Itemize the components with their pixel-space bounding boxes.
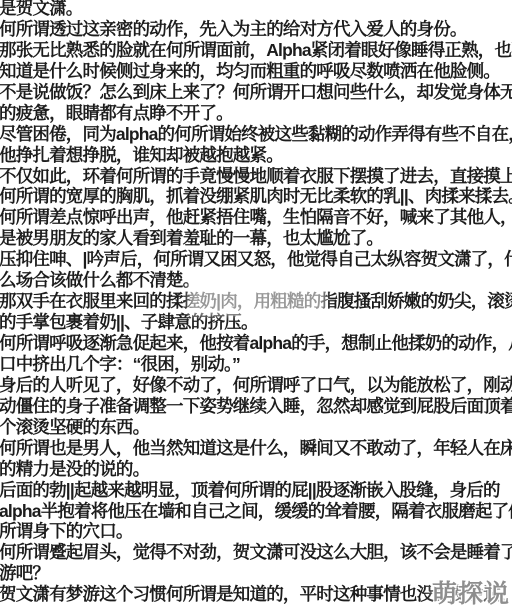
text-line: 何所谓呼吸逐渐急促起来，他按着alpha的手，想制止他揉奶的动作，从 [0, 333, 512, 354]
text-line: 的手掌包裹着奶||、子肆意的挤压。 [0, 312, 512, 333]
text-line: 不是说做饭？怎么到床上来了？何所谓开口想问些什么，却发觉身体无比 [0, 82, 512, 103]
text-line: alpha半抱着将他压在墙和自己之间，缓缓的耸着腰，隔着衣服磨起了何 [0, 501, 512, 522]
text-line: 那张无比熟悉的脸就在何所谓面前，Alpha紧闭着眼好像睡得正熟，也不 [0, 40, 512, 61]
text-line: 个滚烫坚硬的东西。 [0, 417, 512, 438]
text-line: 何所谓差点惊呼出声，他赶紧捂住嘴，生怕隔音不好，喊来了其他人，要 [0, 207, 512, 228]
text-line: 的精力是没的说的。 [0, 459, 512, 480]
text-content: 是贺文潇。何所谓透过这亲密的动作，先入为主的给对方代入爱人的身份。那张无比熟悉的… [0, 0, 512, 605]
text-line: 的疲惫，眼睛都有点睁不开了。 [0, 103, 512, 124]
text-line: 压抑住呻、|吟声后，何所谓又困又怒，他觉得自己太纵容贺文潇了，什 [0, 249, 512, 270]
text-line: 何所谓透过这亲密的动作，先入为主的给对方代入爱人的身份。 [0, 19, 512, 40]
novel-reader-page: 是贺文潇。何所谓透过这亲密的动作，先入为主的给对方代入爱人的身份。那张无比熟悉的… [0, 0, 512, 607]
text-line: 知道是什么时候侧过身来的，均匀而粗重的呼吸尽数喷洒在他脸侧。 [0, 61, 512, 82]
text-line: 尽管困倦，同为alpha的何所谓始终被这些黏糊的动作弄得有些不自在， [0, 124, 512, 145]
text-line: 是贺文潇。 [0, 0, 512, 19]
text-line: 所谓身下的穴口。 [0, 521, 512, 542]
text-line: 口中挤出几个字：“很困，别动。” [0, 354, 512, 375]
text-line: 何所谓的宽厚的胸肌，抓着没绷紧肌肉时无比柔软的乳||、肉揉来揉去。 [0, 186, 512, 207]
text-line: 不仅如此，环着何所谓的手竟慢慢地顺着衣服下摆摸了进去，直接摸上了 [0, 166, 512, 187]
text-line: 身后的人听见了，好像不动了，何所谓呼了口气，以为能放松了，刚动了 [0, 375, 512, 396]
text-line: 是被男朋友的家人看到着羞耻的一幕，也太尴尬了。 [0, 228, 512, 249]
text-line: 动僵住的身子准备调整一下姿势继续入睡，忽然却感觉到屁股后面顶着一 [0, 396, 512, 417]
text-line: 么场合该做什么都不清楚。 [0, 270, 512, 291]
text-line: 他挣扎着想挣脱，谁知却被越抱越紧。 [0, 145, 512, 166]
text-line: 那双手在衣服里来回的揉搓奶|肉，用粗糙的指腹搔刮娇嫩的奶尖，滚烫 [0, 291, 512, 312]
text-line: 何所谓蹙起眉头，觉得不对劲，贺文潇可没这么大胆，该不会是睡着了梦 [0, 542, 512, 563]
site-watermark: 萌探说 [432, 574, 510, 607]
text-line: 后面的勃||起越来越明显，顶着何所谓的屁||股逐渐嵌入股缝，身后的 [0, 480, 512, 501]
text-line: 何所谓也是男人，他当然知道这是什么，瞬间又不敢动了，年轻人在床上 [0, 438, 512, 459]
